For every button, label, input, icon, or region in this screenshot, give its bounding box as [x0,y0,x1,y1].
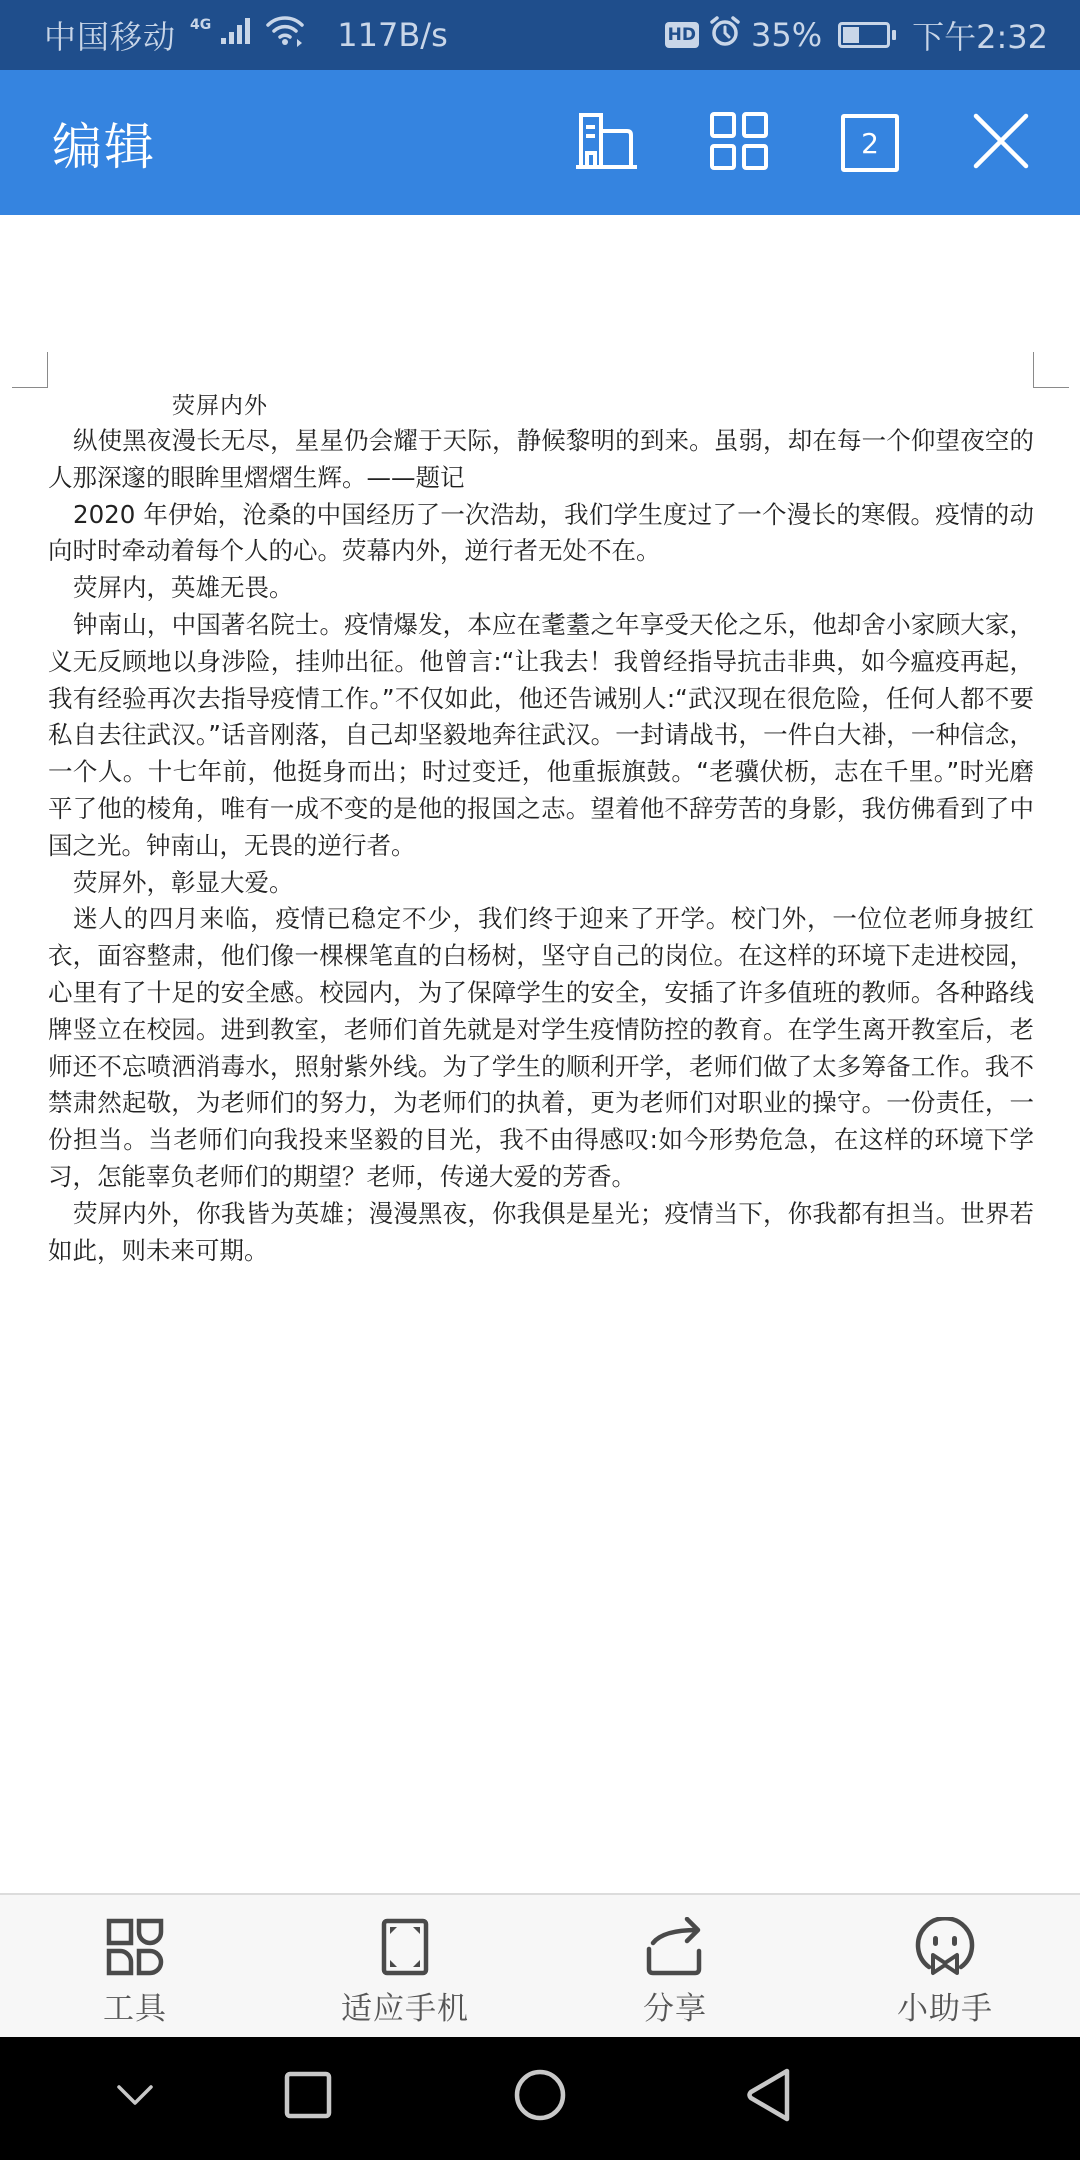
bottom-toolbar: 工具 适应手机 分享 [0,1893,1080,2037]
status-right: HD 35% 下午2:32 [665,12,1048,58]
paragraph-heading-outside: 荧屏外，彰显大爱。 [48,865,1034,902]
doc-structure-button[interactable] [572,108,642,178]
system-nav-bar [0,2037,1080,2160]
fit-screen-icon [375,1917,435,1977]
paragraph-heading-inside: 荧屏内，英雄无畏。 [48,570,1034,607]
share-button[interactable]: 分享 [575,1895,775,2039]
alarm-icon [709,15,741,55]
crop-mark-top-right [1033,352,1069,388]
recents-button[interactable] [268,2057,348,2137]
battery-icon [838,22,890,48]
close-button[interactable] [966,108,1036,178]
paragraph-conclusion: 荧屏内外，你我皆为英雄；漫漫黑夜，你我俱是星光；疫情当下，你我都有担当。世界若如… [48,1196,1034,1270]
hide-nav-button[interactable] [95,2057,175,2137]
fit-screen-button[interactable]: 适应手机 [305,1895,505,2039]
page-count-label: 2 [861,127,879,160]
chevron-down-icon [115,2081,155,2113]
paragraph-teachers: 迷人的四月来临，疫情已稳定不少，我们终于迎来了开学。校门外，一位位老师身披红衣，… [48,901,1034,1195]
clock: 下午2:32 [912,12,1048,58]
battery-percent: 35% [751,16,822,54]
close-icon [972,112,1030,174]
square-icon [284,2071,332,2123]
paragraph-zhong-nanshan: 钟南山，中国著名院士。疫情爆发，本应在耄耋之年享受天伦之乐，他却舍小家顾大家，义… [48,607,1034,865]
grid-icon [709,111,769,175]
status-left: 中国移动 4G 117B/s [44,12,448,58]
assistant-button[interactable]: 小助手 [845,1895,1045,2039]
page-count-icon: 2 [841,114,899,172]
signal-icon [221,16,255,54]
tools-label: 工具 [103,1983,167,2028]
circle-icon [513,2068,567,2126]
share-icon [645,1917,705,1977]
back-button[interactable] [730,2057,810,2137]
hd-badge: HD [665,22,699,48]
triangle-back-icon [745,2068,795,2126]
status-bar: 中国移动 4G 117B/s HD [0,0,1080,70]
home-button[interactable] [500,2057,580,2137]
network-type: 4G [190,17,211,33]
page-title[interactable]: 编辑 [52,107,156,179]
fit-screen-label: 适应手机 [341,1983,469,2028]
paragraph-intro: 2020 年伊始，沧桑的中国经历了一次浩劫，我们学生度过了一个漫长的寒假。疫情的… [48,497,1034,571]
building-icon [575,111,639,175]
carrier-name: 中国移动 [44,12,176,58]
app-header: 编辑 2 [0,70,1080,215]
thumbnail-grid-button[interactable] [704,108,774,178]
page-count-button[interactable]: 2 [835,108,905,178]
crop-mark-top-left [12,352,48,388]
document-title: 荧屏内外 [172,387,268,420]
document-page[interactable]: 荧屏内外 纵使黑夜漫长无尽，星星仍会耀于天际，静候黎明的到来。虽弱，却在每一个仰… [0,215,1080,1893]
assistant-label: 小助手 [897,1983,993,2028]
assistant-icon [915,1917,975,1977]
wifi-icon [265,15,305,55]
share-label: 分享 [643,1983,707,2028]
network-speed: 117B/s [337,16,447,54]
tools-icon [105,1917,165,1977]
paragraph-epigraph: 纵使黑夜漫长无尽，星星仍会耀于天际，静候黎明的到来。虽弱，却在每一个仰望夜空的人… [48,423,1034,497]
document-body: 纵使黑夜漫长无尽，星星仍会耀于天际，静候黎明的到来。虽弱，却在每一个仰望夜空的人… [48,423,1034,1269]
tools-button[interactable]: 工具 [35,1895,235,2039]
